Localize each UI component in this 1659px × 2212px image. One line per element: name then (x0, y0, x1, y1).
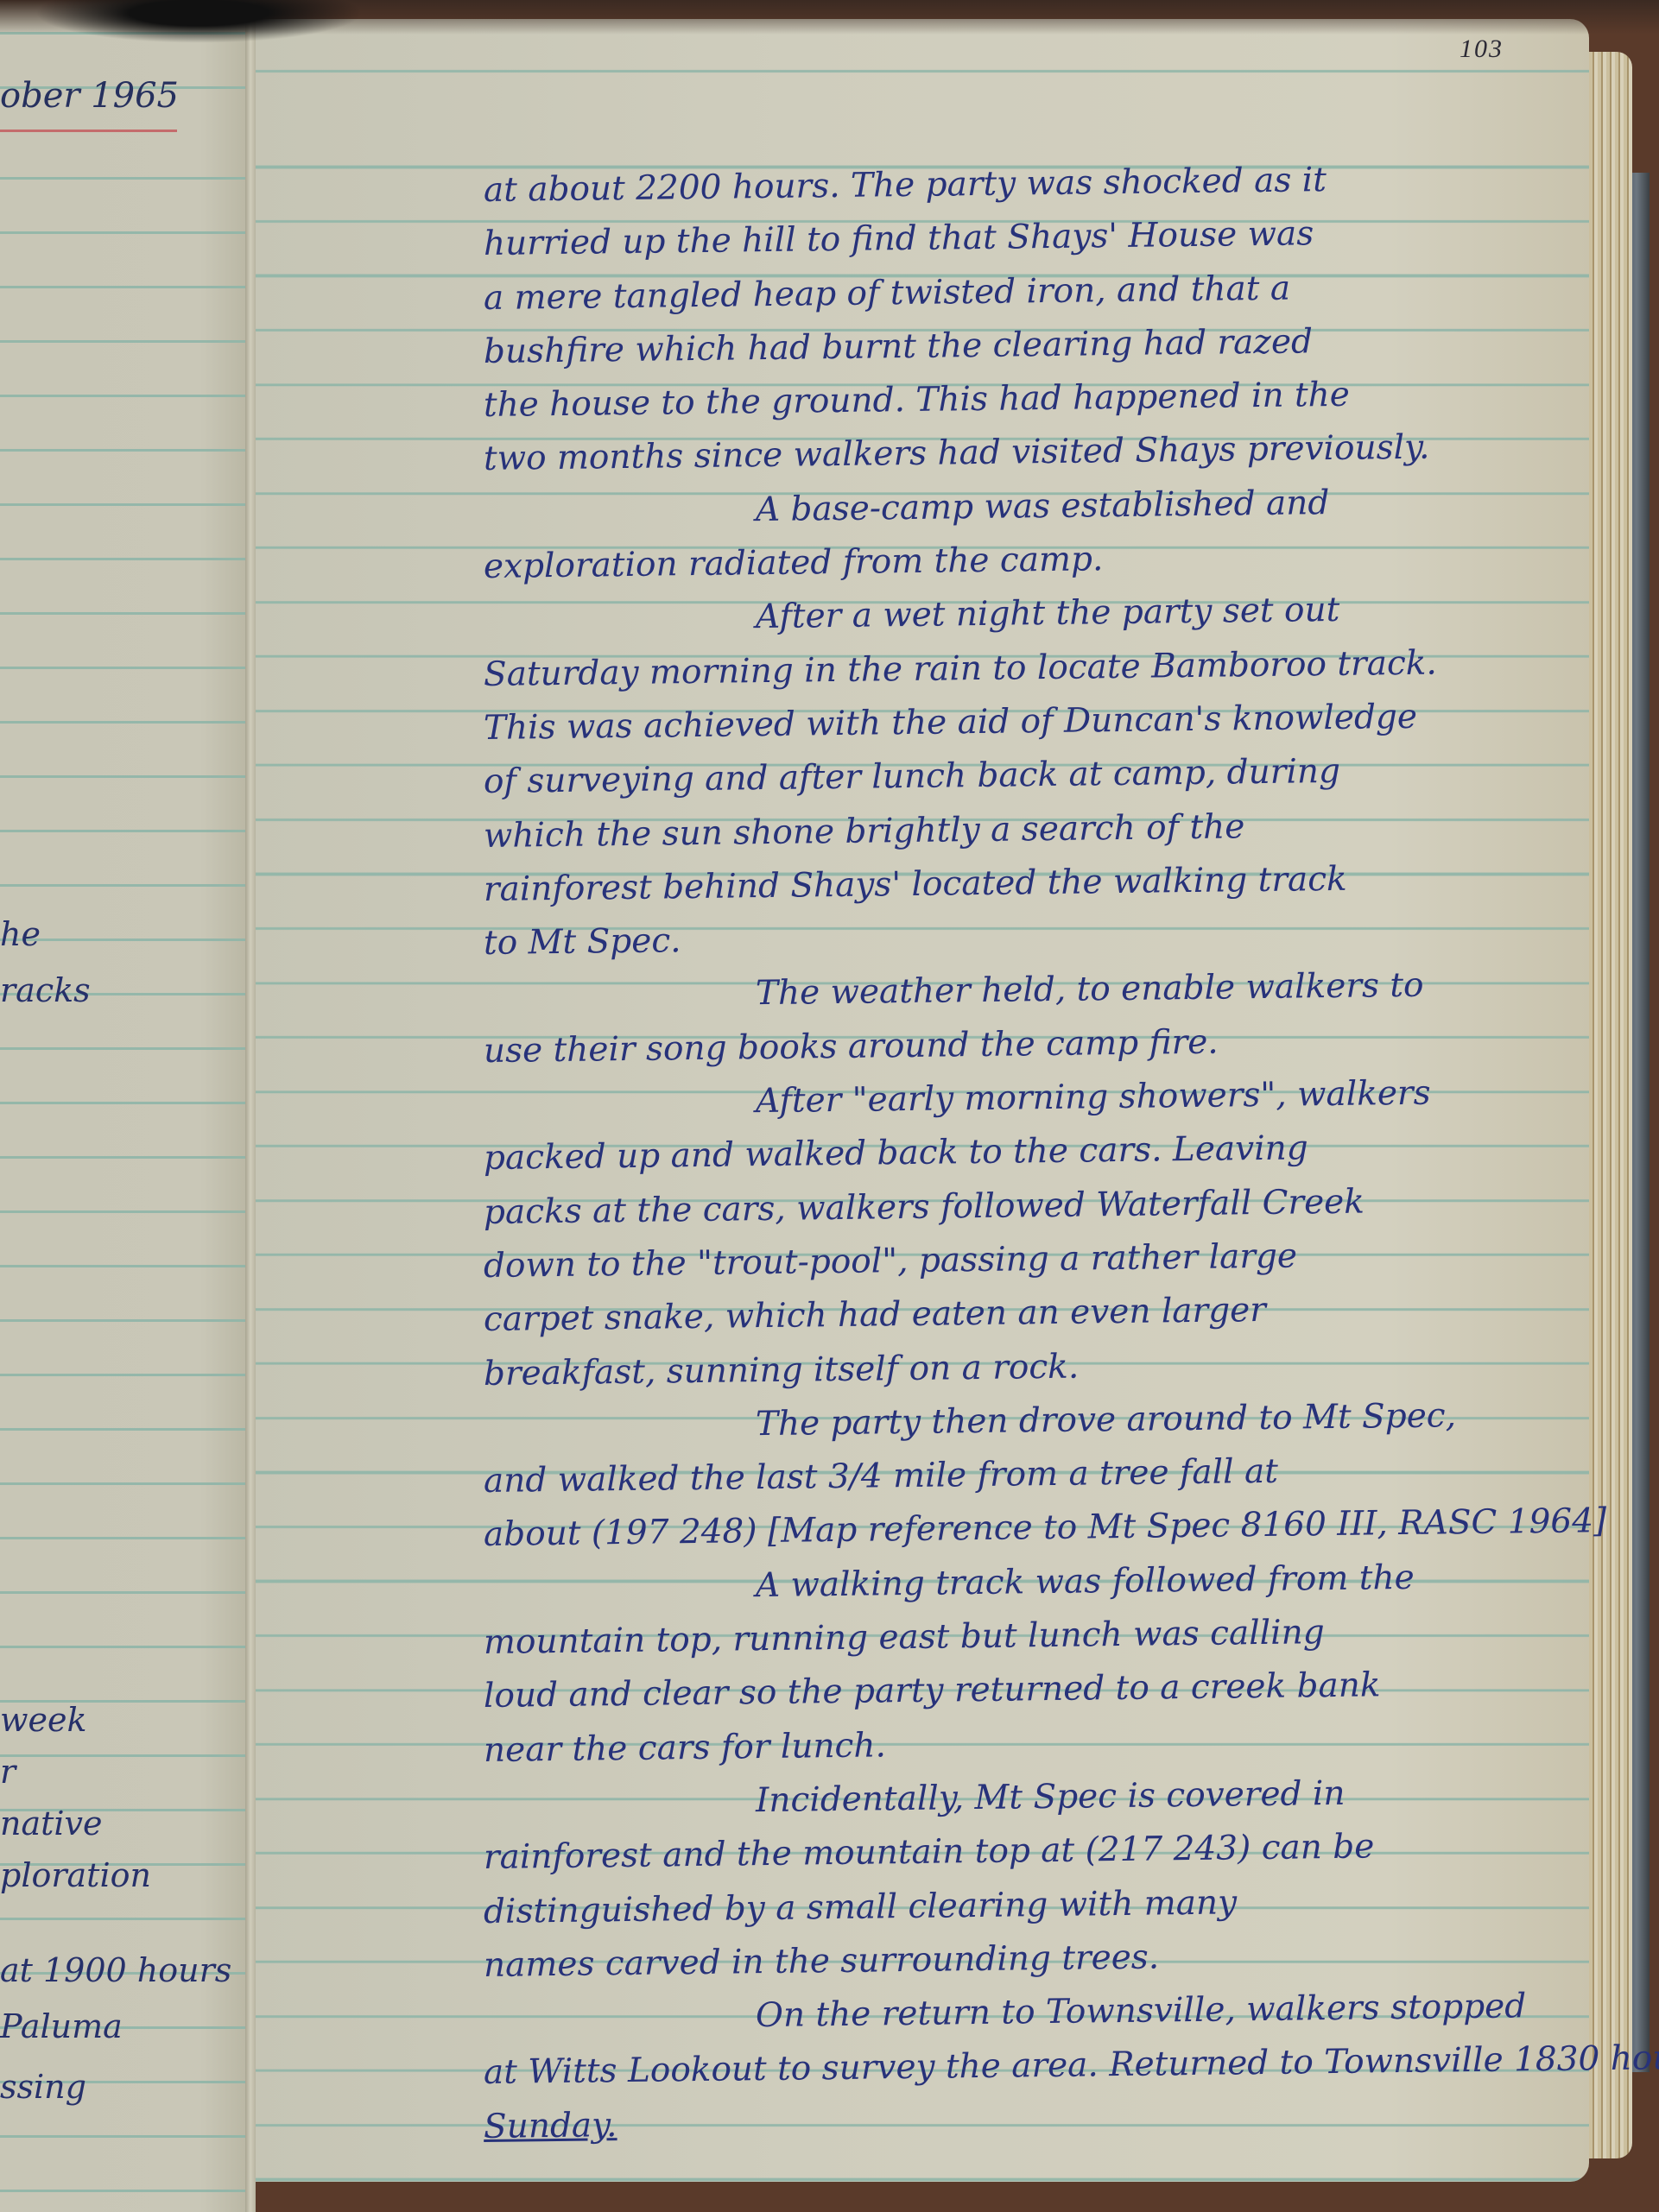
left-page-fragment: racks (0, 971, 91, 1009)
left-page-fragment: week (0, 1701, 87, 1739)
line-text: Incidentally, Mt Spec is covered in (756, 1774, 1346, 1820)
line-text: at Witts Lookout to survey the area. Ret… (484, 2038, 1659, 2092)
line-text: The party then drove around to Mt Spec, (756, 1396, 1457, 1444)
left-page-fragment: Paluma (0, 2007, 123, 2045)
line-text: packed up and walked back to the cars. L… (484, 1129, 1308, 1179)
line-text: Sunday. (484, 2106, 617, 2146)
line-text: which the sun shone brightly a search of… (484, 807, 1245, 856)
line-text: and walked the last 3/4 mile from a tree… (484, 1452, 1278, 1501)
red-margin-line (0, 130, 177, 132)
page-number: 103 (1460, 35, 1504, 64)
line-text: After "early morning showers", walkers (756, 1074, 1431, 1122)
line-text: names carved in the surrounding trees. (484, 1937, 1160, 1985)
left-page-fragment: native (0, 1804, 103, 1842)
left-page-fragment: ploration (0, 1856, 151, 1894)
line-text: about (197 248) [Map reference to Mt Spe… (484, 1502, 1607, 1555)
top-shadow (0, 0, 1659, 35)
line-text: loud and clear so the party returned to … (484, 1666, 1381, 1716)
line-text: at about 2200 hours. The party was shock… (484, 161, 1327, 210)
line-text: of surveying and after lunch back at cam… (484, 752, 1340, 801)
line-text: rainforest and the mountain top at (217 … (484, 1828, 1375, 1878)
line-text: exploration radiated from the camp. (484, 540, 1104, 586)
line-text: After a wet night the party set out (756, 591, 1340, 636)
line-text: On the return to Townsville, walkers sto… (756, 1987, 1527, 2035)
line-text: hurried up the hill to find that Shays' … (484, 215, 1314, 264)
line-text: the house to the ground. This had happen… (484, 376, 1350, 425)
left-page-fragment: r (0, 1753, 16, 1791)
line-text: near the cars for lunch. (484, 1726, 886, 1770)
left-page-fragment: at 1900 hours (0, 1951, 231, 1989)
line-text: to Mt Spec. (484, 921, 681, 963)
left-page-fragment: he (0, 915, 41, 953)
left-page-fragment: ssing (0, 2068, 86, 2106)
line-text: breakfast, sunning itself on a rock. (484, 1347, 1080, 1393)
line-text: distinguished by a small clearing with m… (484, 1883, 1238, 1931)
line-text: mountain top, running east but lunch was… (484, 1613, 1325, 1662)
line-text: Saturday morning in the rain to locate B… (484, 643, 1437, 693)
line-text: A walking track was followed from the (756, 1558, 1415, 1605)
line-text: This was achieved with the aid of Duncan… (484, 698, 1418, 748)
left-page-date-header: ober 1965 (0, 76, 179, 116)
line-text: a mere tangled heap of twisted iron, and… (484, 269, 1291, 317)
line-text: carpet snake, which had eaten an even la… (484, 1291, 1266, 1339)
line-text: bushfire which had burnt the clearing ha… (484, 322, 1314, 371)
line-text: use their song books around the camp fir… (484, 1022, 1219, 1070)
line-text: rainforest behind Shays' located the wal… (484, 860, 1347, 909)
line-text: two months since walkers had visited Sha… (484, 428, 1430, 478)
handwritten-entry: at about 2200 hours. The party was shock… (484, 164, 1598, 2154)
line-text: The weather held, to enable walkers to (756, 966, 1424, 1013)
line-text: packs at the cars, walkers followed Wate… (484, 1182, 1365, 1231)
left-page: ober 1965 heracksweekrnativeplorationat … (0, 0, 250, 2212)
line-text: A base-camp was established and (756, 483, 1330, 529)
book-gutter (245, 0, 256, 2212)
line-text: down to the "trout-pool", passing a rath… (484, 1236, 1298, 1286)
